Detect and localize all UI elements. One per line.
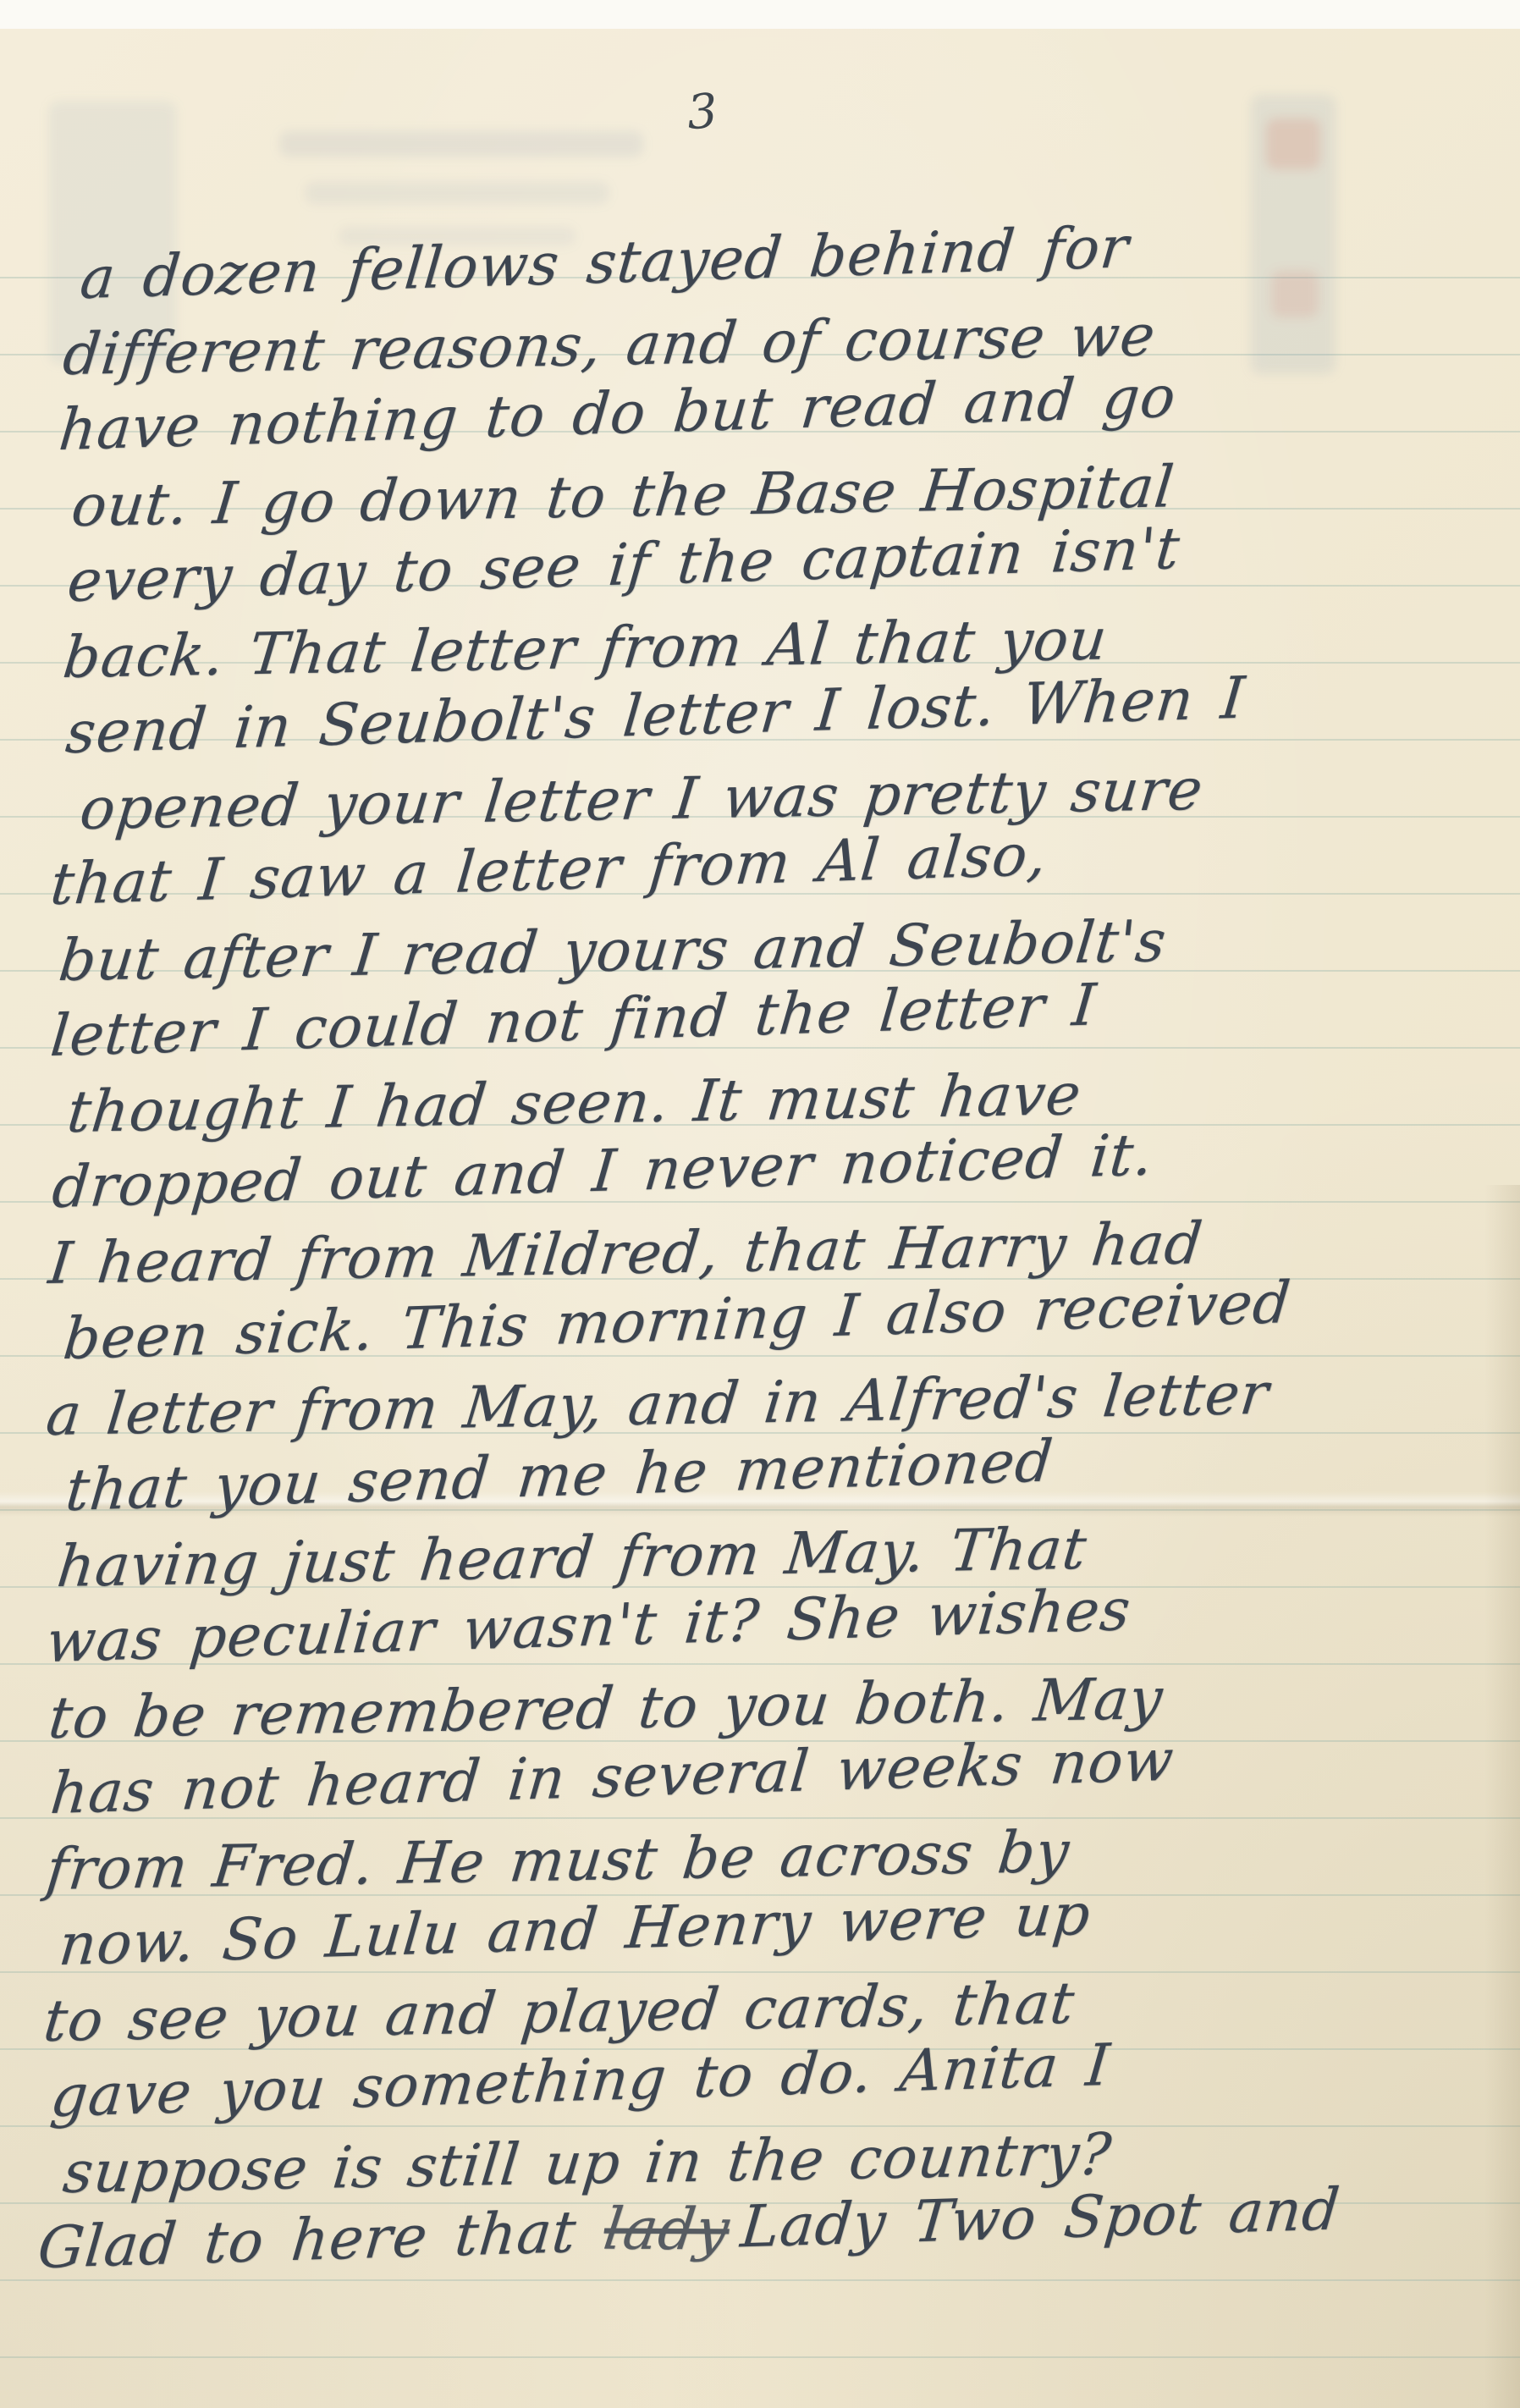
letterhead-bleedthrough-text — [305, 182, 609, 204]
letterhead-bleedthrough-text — [279, 131, 643, 157]
page-number: 3 — [686, 84, 719, 141]
crossed-out-word: lady — [600, 2201, 732, 2259]
letterhead-bleedthrough-red-mark — [1266, 118, 1320, 169]
letterhead-bleedthrough-red-mark — [1271, 271, 1319, 317]
scanned-letter-page: 3 a dozen fellows stayed behind for diff… — [0, 0, 1520, 2408]
paper-edge-shadow — [1484, 1185, 1520, 2408]
